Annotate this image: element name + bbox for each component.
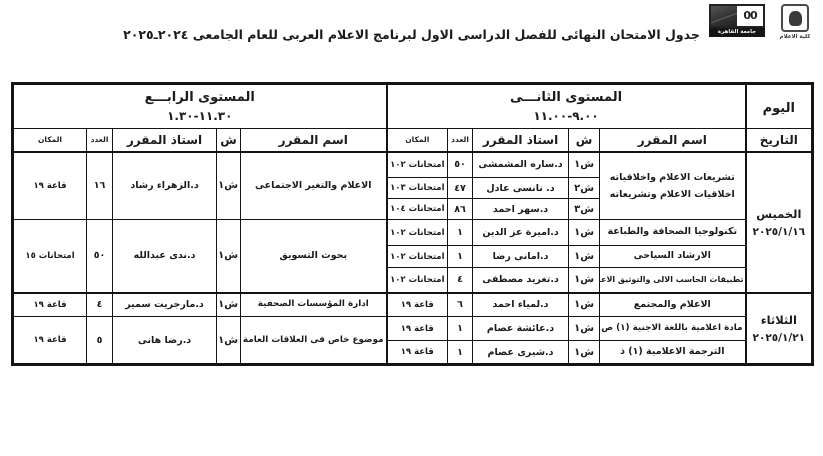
university-logo-frame: 00 bbox=[709, 4, 765, 28]
table-row: الخميس ٢٠٢٥/١/١٦ تشريعات الاعلام واخلاقي… bbox=[13, 152, 813, 178]
l2-section-cell: ش١ bbox=[569, 220, 600, 246]
l2-course-cell: الارشاد السياحى bbox=[600, 246, 746, 268]
l2-count-cell: ١ bbox=[448, 317, 473, 341]
l2-section-cell: ش١ bbox=[569, 268, 600, 293]
l2-professor-cell: د.تغريد مصطفى bbox=[473, 268, 569, 293]
table-row: الثلاثاء ٢٠٢٥/١/٢١ الاعلام والمجتمع ش١ د… bbox=[13, 293, 813, 317]
l2-professor-cell: د.سهر احمد bbox=[473, 199, 569, 220]
course-name-line: اخلاقيات الاعلام وتشريعاته bbox=[602, 186, 743, 203]
l4-place-header: المكان bbox=[13, 129, 87, 152]
level2-group-header-cell: المستوى الثانـــى ٩.٠٠-١١.٠٠ bbox=[387, 84, 746, 129]
l2-count-cell: ٤٧ bbox=[448, 178, 473, 199]
level4-time: ١١.٣٠-١.٣٠ bbox=[16, 109, 384, 123]
university-logo-mark: 00 bbox=[737, 6, 763, 26]
l4-place-cell: قاعة ١٩ bbox=[13, 317, 87, 365]
l2-place-cell: قاعة ١٩ bbox=[387, 293, 448, 317]
l4-count-cell: ٥ bbox=[87, 317, 113, 365]
l4-place-cell: امتحانات ١٥ bbox=[13, 220, 87, 293]
l2-section-header: ش bbox=[569, 129, 600, 152]
l2-place-cell: امتحانات ١٠٢ bbox=[387, 246, 448, 268]
l4-count-cell: ٤ bbox=[87, 293, 113, 317]
l4-professor-header: استاذ المقرر bbox=[113, 129, 217, 152]
l2-professor-cell: د.اميرة عز الدين bbox=[473, 220, 569, 246]
l2-course-cell: الترجمة الاعلامية (١) ذ bbox=[600, 341, 746, 365]
level2-title: المستوى الثانـــى bbox=[390, 90, 743, 105]
l2-place-header: المكان bbox=[387, 129, 448, 152]
l2-professor-header: استاذ المقرر bbox=[473, 129, 569, 152]
l4-section-header: ش bbox=[217, 129, 241, 152]
l2-place-cell: امتحانات ١٠٢ bbox=[387, 152, 448, 178]
level-header-row: اليوم المستوى الثانـــى ٩.٠٠-١١.٠٠ المست… bbox=[13, 84, 813, 129]
l4-section-cell: ش١ bbox=[217, 152, 241, 220]
l4-count-cell: ١٦ bbox=[87, 152, 113, 220]
l4-course-cell: الاعلام والتغير الاجتماعى bbox=[241, 152, 387, 220]
l2-place-cell: قاعة ١٩ bbox=[387, 317, 448, 341]
l2-course-cell: تكنولوجيا الصحافة والطباعة bbox=[600, 220, 746, 246]
l2-section-cell: ش١ bbox=[569, 341, 600, 365]
document-page: 00 جامعة القاهرة كلية الاعلام جدول الامت… bbox=[0, 0, 823, 456]
l2-professor-cell: د.شيرى عصام bbox=[473, 341, 569, 365]
l2-professor-cell: د.ساره المشمشى bbox=[473, 152, 569, 178]
l4-count-cell: ٥٠ bbox=[87, 220, 113, 293]
l4-section-cell: ش١ bbox=[217, 293, 241, 317]
l4-professor-cell: د.الزهراء رشاد bbox=[113, 152, 217, 220]
l2-count-header: العدد bbox=[448, 129, 473, 152]
l2-section-cell: ش١ bbox=[569, 246, 600, 268]
l2-count-cell: ٤ bbox=[448, 268, 473, 293]
l2-section-cell: ش١ bbox=[569, 152, 600, 178]
bridge-art-icon bbox=[711, 6, 737, 26]
day-cell-thursday: الخميس ٢٠٢٥/١/١٦ bbox=[746, 152, 813, 293]
exam-schedule-table: اليوم المستوى الثانـــى ٩.٠٠-١١.٠٠ المست… bbox=[11, 82, 814, 366]
page-title: جدول الامتحان النهائى للفصل الدراسى الاو… bbox=[0, 27, 823, 42]
l2-count-cell: ٥٠ bbox=[448, 152, 473, 178]
l2-professor-cell: د.عائشة عصام bbox=[473, 317, 569, 341]
l2-place-cell: امتحانات ١٠٣ bbox=[387, 178, 448, 199]
l4-course-header: اسم المقرر bbox=[241, 129, 387, 152]
day-name: الثلاثاء bbox=[749, 313, 810, 327]
l4-place-cell: قاعة ١٩ bbox=[13, 152, 87, 220]
l2-professor-cell: د.امانى رضا bbox=[473, 246, 569, 268]
l4-professor-cell: د.ندى عبدالله bbox=[113, 220, 217, 293]
l2-place-cell: امتحانات ١٠٤ bbox=[387, 199, 448, 220]
l4-course-cell: بحوث التسويق bbox=[241, 220, 387, 293]
table-row: تكنولوجيا الصحافة والطباعة ش١ د.اميرة عز… bbox=[13, 220, 813, 246]
l4-course-cell: ادارة المؤسسات الصحفية bbox=[241, 293, 387, 317]
l2-place-cell: قاعة ١٩ bbox=[387, 341, 448, 365]
l2-course-header: اسم المقرر bbox=[600, 129, 746, 152]
l4-professor-cell: د.مارجريت سمير bbox=[113, 293, 217, 317]
l2-section-cell: ش٢ bbox=[569, 178, 600, 199]
l4-section-cell: ش١ bbox=[217, 317, 241, 365]
table-row: مادة اعلامية باللغة الاجنية (١) ص ش١ د.ع… bbox=[13, 317, 813, 341]
day-date: ٢٠٢٥/١/١٦ bbox=[749, 226, 810, 238]
l2-professor-cell: د.لمياء احمد bbox=[473, 293, 569, 317]
l2-section-cell: ش٣ bbox=[569, 199, 600, 220]
l2-professor-cell: د. نانسى عادل bbox=[473, 178, 569, 199]
date-header-cell: التاريخ bbox=[746, 129, 813, 152]
l4-count-header: العدد bbox=[87, 129, 113, 152]
day-header-label: اليوم bbox=[763, 101, 795, 116]
l2-section-cell: ش١ bbox=[569, 317, 600, 341]
l2-count-cell: ١ bbox=[448, 246, 473, 268]
l4-professor-cell: د.رضا هانى bbox=[113, 317, 217, 365]
day-cell-tuesday: الثلاثاء ٢٠٢٥/١/٢١ bbox=[746, 293, 813, 365]
l2-course-cell: تشريعات الاعلام واخلاقياته اخلاقيات الاع… bbox=[600, 152, 746, 220]
l2-place-cell: امتحانات ١٠٢ bbox=[387, 268, 448, 293]
l2-place-cell: امتحانات ١٠٢ bbox=[387, 220, 448, 246]
l2-course-cell: تطبيقات الحاسب الالى والتوثيق الاعلامى bbox=[600, 268, 746, 293]
course-name-line: تشريعات الاعلام واخلاقياته bbox=[602, 169, 743, 186]
column-header-row: التاريخ اسم المقرر ش استاذ المقرر العدد … bbox=[13, 129, 813, 152]
l4-section-cell: ش١ bbox=[217, 220, 241, 293]
level4-group-header-cell: المستوى الرابـــع ١١.٣٠-١.٣٠ bbox=[13, 84, 387, 129]
l2-course-cell: الاعلام والمجتمع bbox=[600, 293, 746, 317]
l2-count-cell: ١ bbox=[448, 341, 473, 365]
l2-course-cell: مادة اعلامية باللغة الاجنية (١) ص bbox=[600, 317, 746, 341]
level2-time: ٩.٠٠-١١.٠٠ bbox=[390, 109, 743, 123]
l2-count-cell: ١ bbox=[448, 220, 473, 246]
l2-section-cell: ش١ bbox=[569, 293, 600, 317]
l4-place-cell: قاعة ١٩ bbox=[13, 293, 87, 317]
day-date: ٢٠٢٥/١/٢١ bbox=[749, 332, 810, 344]
day-header-cell: اليوم bbox=[746, 84, 813, 129]
faculty-emblem-inner-icon bbox=[789, 11, 802, 26]
l4-course-cell: موضوع خاص فى العلاقات العامة bbox=[241, 317, 387, 365]
l2-count-cell: ٦ bbox=[448, 293, 473, 317]
level4-title: المستوى الرابـــع bbox=[16, 90, 384, 105]
day-name: الخميس bbox=[749, 207, 810, 221]
l2-count-cell: ٨٦ bbox=[448, 199, 473, 220]
